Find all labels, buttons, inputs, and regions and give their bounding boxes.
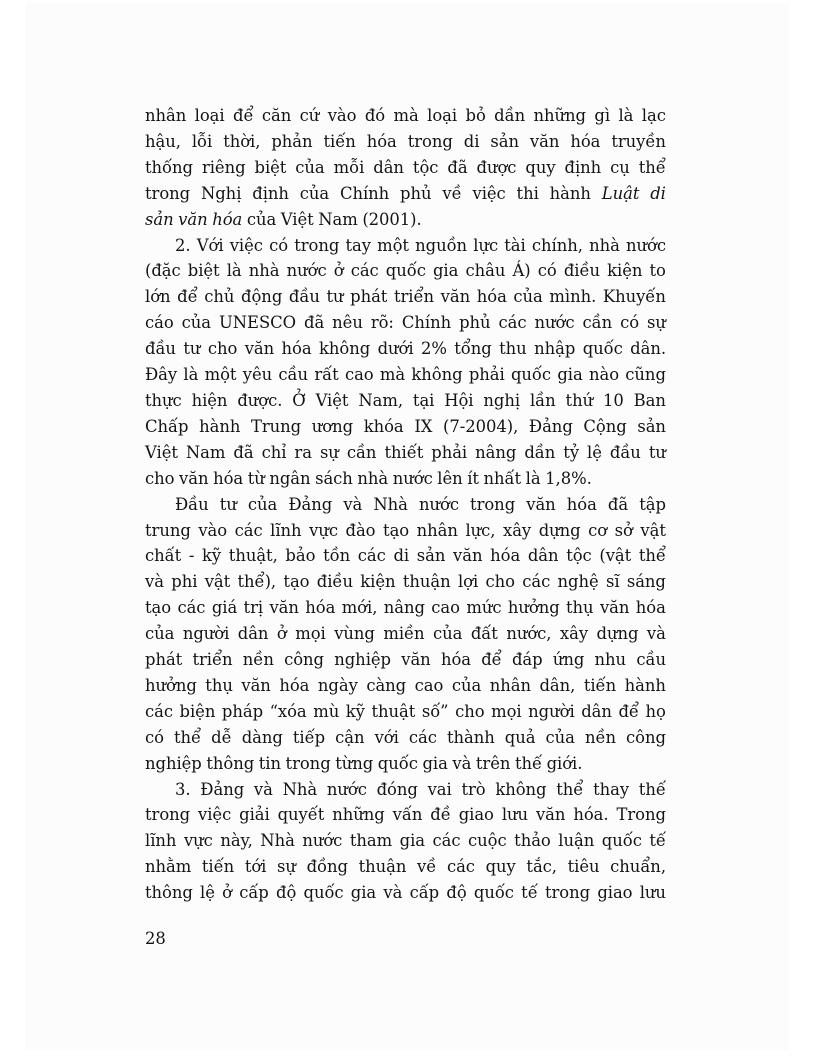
word: sáng [627, 569, 666, 595]
word: và [647, 621, 666, 647]
text-line: tạocácgiátrịvănhóamới,nângcaomứchưởngthụ… [145, 595, 666, 621]
word: là [618, 103, 633, 129]
word: cấp [239, 880, 269, 906]
word: hiện [192, 388, 228, 414]
word: nước [287, 258, 327, 284]
word: sĩ [606, 569, 620, 595]
word: đã [304, 310, 324, 336]
word: 3. [175, 777, 191, 803]
word: trong [294, 233, 339, 259]
word: lĩnh [270, 518, 301, 544]
word: thu [499, 336, 527, 362]
word: tiêu [568, 854, 600, 880]
word: đã [233, 440, 253, 466]
word: loại [195, 103, 225, 129]
word: thảo [514, 828, 551, 854]
word: cao [415, 673, 444, 699]
word: triển [394, 284, 434, 310]
word: tay [345, 233, 370, 259]
word: Trung [251, 414, 301, 440]
word: nước [302, 828, 342, 854]
word: di [650, 181, 666, 207]
word: nhà [589, 233, 620, 259]
word: hóa [282, 336, 312, 362]
word: gì [594, 103, 610, 129]
word: tới [245, 854, 267, 880]
word: dân. [630, 336, 666, 362]
text-line: thônglệởcấpđộquốcgiavàcấpđộquốctếtronggi… [145, 880, 666, 906]
word: thông [145, 880, 193, 906]
word: thuật, [229, 543, 278, 569]
word: của [182, 310, 211, 336]
word: lực, [465, 518, 495, 544]
word: tư [649, 440, 666, 466]
word: quốc [511, 362, 551, 388]
word: với [375, 725, 399, 751]
word: của [145, 621, 174, 647]
word: trong [545, 880, 590, 906]
word: cụ [610, 155, 630, 181]
word: thể [639, 543, 666, 569]
word: nước [327, 777, 367, 803]
word: và [383, 880, 402, 906]
word: đóng [377, 777, 418, 803]
word: tài [504, 233, 525, 259]
word: dân [581, 699, 612, 725]
word: các [358, 543, 386, 569]
word: cơ [588, 518, 607, 544]
word: 10 [603, 388, 624, 414]
word: cáo [145, 310, 174, 336]
word: Luật [602, 181, 640, 207]
word: quốc [378, 751, 418, 777]
word: sở [615, 518, 633, 544]
word: Nam, [358, 388, 403, 414]
word: Nhà [260, 828, 295, 854]
word: nào [589, 362, 619, 388]
word: thuận [403, 569, 451, 595]
word: nhu [595, 647, 627, 673]
word: gia [351, 880, 376, 906]
word: hành [550, 181, 591, 207]
word: giá [212, 595, 237, 621]
word: lần [530, 388, 556, 414]
word: đầu [289, 284, 320, 310]
text-line: trungvàocáclĩnhvựcđàotạonhânlực,xâydựngc… [145, 518, 666, 544]
paragraph-continued: nhânloạiđểcăncứvàođómàloạibỏdầnnhữnggìlà… [145, 103, 666, 233]
word: biện [180, 699, 216, 725]
word: là [227, 258, 242, 284]
paragraph-investment: ĐầutưcủaĐảngvàNhànướctrongvănhóađãtập tr… [145, 492, 666, 777]
text-line: hậu,lỗithời,phảntiếnhóatrongdisảnvănhóat… [145, 129, 666, 155]
word: thiết [384, 440, 423, 466]
word: được. [237, 388, 282, 414]
word: định [565, 155, 602, 181]
word: Nhà [373, 492, 408, 518]
word: phủ [459, 310, 490, 336]
word: luận [558, 828, 594, 854]
word: mà [394, 103, 419, 129]
word: lệ [587, 440, 602, 466]
word: rất [314, 362, 338, 388]
word: ương [312, 414, 353, 440]
word: di [393, 543, 409, 569]
word: hóa [212, 207, 242, 233]
word: mù [313, 699, 339, 725]
word: tộc [413, 155, 439, 181]
text-line: trongNghịđịnhcủaChínhphủvềviệcthihànhLuậ… [145, 181, 666, 207]
word: phát [145, 647, 182, 673]
word: tiến [584, 673, 616, 699]
word: trong [145, 181, 190, 207]
word: trong [145, 802, 190, 828]
word: triển [192, 647, 232, 673]
word: không [411, 362, 462, 388]
word: ứng [553, 647, 584, 673]
word: bảo [285, 543, 315, 569]
word: lớn [145, 284, 171, 310]
word: vật [640, 518, 665, 544]
word: đáp [512, 647, 543, 673]
word: biệt [188, 258, 220, 284]
word: tư [326, 284, 343, 310]
word: nâng [384, 595, 425, 621]
word: phải [469, 362, 505, 388]
word: dần [494, 103, 525, 129]
word: cầu [636, 647, 666, 673]
word: nhà [357, 466, 388, 492]
paragraph-point-3: 3.ĐảngvàNhànướcđóngvaitròkhôngthểthaythế… [145, 777, 666, 907]
text-line: pháttriểnnềncôngnghiệpvănhóađểđápứngnhuc… [145, 647, 666, 673]
word: đồng [307, 854, 348, 880]
word: văn [530, 129, 559, 155]
word: văn [526, 492, 555, 518]
word: và [452, 751, 471, 777]
word: trong [408, 129, 453, 155]
word: văn [269, 595, 298, 621]
word: hóa [636, 595, 666, 621]
word: định [252, 181, 289, 207]
word: sự [647, 310, 666, 336]
word: các [235, 518, 263, 544]
word: lỗi [192, 129, 212, 155]
word: những [534, 103, 586, 129]
word: kiện [360, 569, 395, 595]
text-line: thốngriêngbiệtcủamỗidântộcđãđượcquyđịnhc… [145, 155, 666, 181]
word: Nam [186, 440, 226, 466]
word: sản [417, 543, 446, 569]
word: độ [276, 880, 296, 906]
word: lĩnh [145, 828, 176, 854]
word: động [241, 284, 282, 310]
word: có [269, 233, 288, 259]
text-line: lớnđểchủđộngđầutưpháttriểnvănhóacủamình.… [145, 284, 666, 310]
word: gia [433, 258, 458, 284]
word: mới, [342, 595, 378, 621]
word: truyền [611, 129, 666, 155]
word: sản [145, 207, 174, 233]
word: 1,8%. [545, 466, 592, 492]
word: từ [248, 466, 265, 492]
word: lưu [502, 802, 528, 828]
text-line: ĐầutưcủaĐảngvàNhànướctrongvănhóađãtập [145, 492, 666, 518]
word: đào [346, 518, 376, 544]
word: vật [205, 569, 230, 595]
word: hưởng [508, 595, 560, 621]
word: phản [271, 129, 312, 155]
word: dân, [539, 673, 575, 699]
word: hóa [305, 595, 335, 621]
word: chính, [532, 233, 583, 259]
word: thành [447, 725, 495, 751]
word: nghiệp [145, 751, 202, 777]
text-line: 2.Vớiviệccótrongtaymộtnguồnlựctàichính,n… [145, 233, 666, 259]
word: hóa. [573, 802, 608, 828]
word: sản [637, 414, 666, 440]
word: hành [199, 414, 240, 440]
word: vực [309, 518, 338, 544]
word: nhân [145, 103, 186, 129]
text-line: Đâylàmộtyêucầurấtcaomàkhôngphảiquốcgianà… [145, 362, 666, 388]
word: các [447, 854, 475, 880]
word: cho [455, 699, 484, 725]
text-line: trongviệcgiảiquyếtnhữngvấnđềgiaolưuvănhó… [145, 802, 666, 828]
word: điều [317, 569, 353, 595]
word: Trong [616, 802, 665, 828]
word: nước, [506, 621, 551, 647]
word: quả [505, 725, 536, 751]
word: tập [639, 492, 666, 518]
word: văn [241, 673, 270, 699]
word: nghiệp [334, 647, 391, 673]
word: châu [465, 258, 505, 284]
word: di [464, 129, 480, 155]
word: có [538, 258, 557, 284]
word: của [546, 725, 575, 751]
text-line: ViệtNamđãchỉrasựcầnthiếtphảinângdầntỷlệđ… [145, 440, 666, 466]
word: giao [459, 802, 494, 828]
text-line: vàphivậtthể),tạođiềukiệnthuậnlợichocácng… [145, 569, 666, 595]
word: tham [350, 828, 392, 854]
word: Chính [340, 181, 389, 207]
word: IX [414, 414, 432, 440]
word: quốc [602, 828, 642, 854]
word: Nam [318, 207, 358, 233]
word: dựng [597, 621, 639, 647]
word: hậu, [145, 129, 181, 155]
word: nhân [417, 518, 458, 544]
word: cuộc [468, 828, 507, 854]
word: nhà [249, 258, 280, 284]
word: ở [222, 880, 232, 906]
word: văn [600, 595, 629, 621]
word: việc [230, 233, 263, 259]
word: giao [597, 880, 632, 906]
word: dân [528, 543, 559, 569]
word: thuật [371, 699, 415, 725]
word: thể), [238, 569, 277, 595]
word: mình. [549, 284, 596, 310]
word: văn [536, 802, 565, 828]
text-line: nhằmtiếntớisựđồngthuậnvềcácquytắc,tiêuch… [145, 854, 666, 880]
word: của [300, 181, 329, 207]
text-line: nghiệpthôngtintrongtừngquốcgiavàtrênthếg… [145, 751, 666, 777]
text-line: thựchiệnđược.ỞViệtNam,tạiHộinghịlầnthứ10… [145, 388, 666, 414]
word: các [409, 725, 437, 751]
word: thực [145, 388, 182, 414]
word: dựng [539, 518, 581, 544]
word: của [433, 621, 462, 647]
word: thế [515, 751, 542, 777]
word: vai [428, 777, 452, 803]
word: từng [335, 751, 373, 777]
word: miền [383, 621, 424, 647]
word: dần [524, 440, 555, 466]
word: thời, [223, 129, 260, 155]
word: cũng [625, 362, 666, 388]
word: hóa [570, 129, 600, 155]
word: cận [335, 725, 364, 751]
word: việc [198, 802, 231, 828]
word: bỏ [466, 103, 486, 129]
word: hóa [477, 284, 507, 310]
word: hóa [441, 647, 471, 673]
word: tổng [454, 336, 491, 362]
word: dễ [211, 725, 231, 751]
word: lên [437, 466, 462, 492]
word: vấn [393, 802, 423, 828]
word: tiến [202, 854, 234, 880]
text-line: đầutưchovănhóakhôngdưới2%tổngthunhậpquốc… [145, 336, 666, 362]
word: - [189, 543, 195, 569]
word: sách [315, 466, 353, 492]
word: cho [208, 336, 237, 362]
word: cấp [410, 880, 440, 906]
word: nghị [483, 388, 520, 414]
word: trị [244, 595, 264, 621]
word: và [145, 569, 164, 595]
word: để [618, 699, 638, 725]
word: Việt [316, 388, 349, 414]
word: kỹ [346, 699, 365, 725]
word: hóa [213, 466, 243, 492]
word: chuẩn, [610, 854, 666, 880]
word: (2001). [362, 207, 421, 233]
word: cứ [300, 103, 320, 129]
word: họ [645, 699, 665, 725]
word: Hội [444, 388, 473, 414]
word: ngân [269, 466, 310, 492]
word: văn [179, 466, 208, 492]
word: văn [178, 207, 207, 233]
word: kiện [607, 258, 642, 284]
word: nguồn [415, 233, 467, 259]
word: là [526, 466, 541, 492]
word: Đầu [175, 492, 209, 518]
word: nghệ [558, 569, 599, 595]
word: cần [582, 310, 612, 336]
word: khóa [364, 414, 404, 440]
word: tạo [145, 595, 171, 621]
word: phải [431, 440, 467, 466]
word: của [295, 155, 324, 181]
word: các [351, 258, 379, 284]
word: cao [431, 595, 460, 621]
word: và [343, 492, 362, 518]
word: tại [413, 388, 434, 414]
word: nền [243, 647, 274, 673]
text-line: ChấphànhTrungươngkhóaIX(7-2004),ĐảngCộng… [145, 414, 666, 440]
word: ngày [318, 673, 358, 699]
word: Đây [145, 362, 177, 388]
word: số” [422, 699, 449, 725]
word: đầu [610, 440, 641, 466]
word: vực [184, 828, 213, 854]
word: dàng [242, 725, 283, 751]
word: các [499, 310, 527, 336]
word: gia [557, 362, 582, 388]
word: vào [328, 103, 357, 129]
word: quốc [474, 880, 514, 906]
word: tồn [323, 543, 350, 569]
text-line: 3.ĐảngvàNhànướcđóngvaitròkhôngthểthaythế [145, 777, 666, 803]
word: tư [183, 336, 200, 362]
word: mọi [295, 621, 326, 647]
word: lợi [458, 569, 478, 595]
word: này, [220, 828, 252, 854]
word: hưởng [145, 673, 197, 699]
word: trung [145, 518, 191, 544]
word: người [528, 699, 574, 725]
word: để [233, 103, 253, 129]
word: của [513, 284, 542, 310]
word: về [417, 854, 436, 880]
word: Ban [634, 388, 666, 414]
text-line: lĩnhvựcnày,Nhànướcthamgiacáccuộcthảoluận… [145, 828, 666, 854]
word: Nghị [201, 181, 241, 207]
word: UNESCO [219, 310, 296, 336]
word: căn [262, 103, 291, 129]
word: mức [466, 595, 501, 621]
word: yêu [243, 362, 272, 388]
word: quy [486, 854, 516, 880]
word: tộc [566, 543, 592, 569]
word: thụ [566, 595, 594, 621]
text-line: cáocủaUNESCOđãnêurõ:Chínhphủcácnướccầncó… [145, 310, 666, 336]
word: Cộng [583, 414, 626, 440]
text-line: cóthểdễdàngtiếpcậnvớicácthànhquảcủanềncô… [145, 725, 666, 751]
word: giải [239, 802, 270, 828]
paragraph-point-2: 2.Vớiviệccótrongtaymộtnguồnlựctàichính,n… [145, 233, 666, 492]
text-line: nhânloạiđểcăncứvàođómàloạibỏdầnnhữnggìlà… [145, 103, 666, 129]
word: (7-2004), [443, 414, 518, 440]
word: văn [245, 336, 274, 362]
text-line: sảnvănhóacủaViệtNam(2001). [145, 207, 666, 233]
word: nhân [490, 673, 531, 699]
word: sự [320, 440, 339, 466]
word: nhập [534, 336, 575, 362]
word: giới. [547, 751, 583, 777]
word: sản [490, 129, 519, 155]
word: sự [277, 854, 296, 880]
word: Chấp [145, 414, 188, 440]
word: to [649, 258, 665, 284]
word: tiếp [293, 725, 325, 751]
word: phủ [400, 181, 431, 207]
word: một [205, 362, 237, 388]
word: tạo [283, 569, 309, 595]
word: gia [400, 828, 425, 854]
